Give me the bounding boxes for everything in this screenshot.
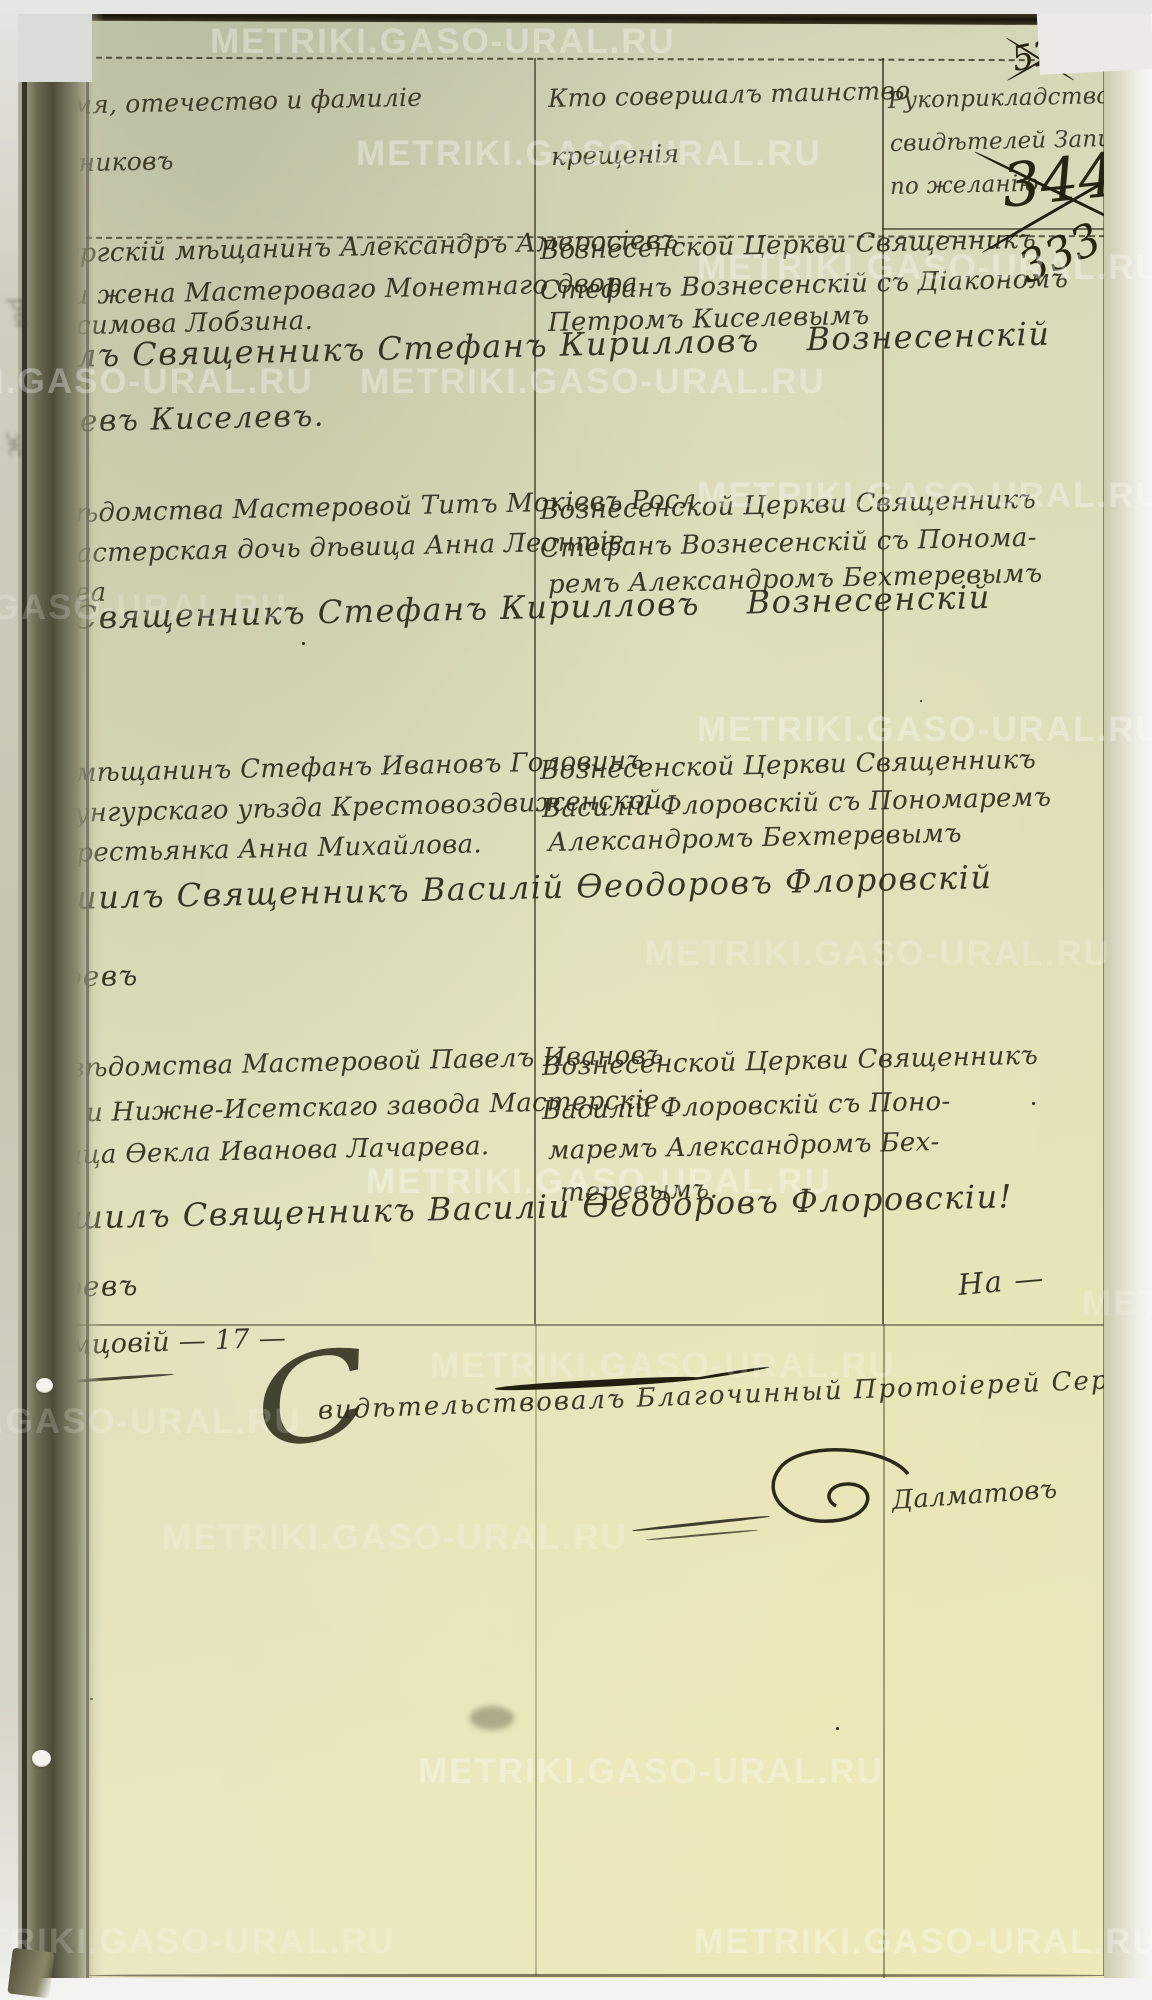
watermark-text: METRIKI.GASO-URAL.RU [0, 588, 288, 628]
watermark-text: METRIKI.GASO-URAL.RU [694, 1922, 1152, 1962]
watermark-text: METRIKI.GASO-URAL.RU [366, 1162, 832, 1202]
watermark-text: METRIKI.GASO-URAL.RU [356, 134, 822, 174]
watermark-text: METRIKI.GASO-URAL.RU [162, 1518, 628, 1558]
binding-tail [7, 1948, 54, 1999]
binding-hole [32, 1750, 51, 1767]
ink-speck [302, 642, 305, 645]
watermark-text: METRIKI.GASO-URAL.RU [430, 1346, 896, 1386]
watermark-text: METRIKI.GASO-URAL.RU [360, 362, 826, 402]
ink-speck [920, 700, 922, 702]
watermark-text: METRIKI.GASO-URAL.RU [0, 1922, 396, 1962]
watermark-text: METRIKI.GASO-URAL.RU [418, 1752, 884, 1792]
paper-right-edge [1104, 0, 1152, 2000]
ink-speck [1032, 1102, 1035, 1105]
watermark-text: METRIKI.GASO-URAL.RU [0, 362, 314, 402]
ink-speck [836, 1727, 839, 1730]
background-top-band [0, 0, 1152, 14]
watermark-text: METRIKI.GASO-URAL.RU [1082, 1284, 1152, 1324]
watermark-text: METRIKI.GASO-URAL.RU [697, 476, 1152, 516]
table-divider-1-continuation [535, 1324, 537, 1976]
header-col3-line1: Рукоприкладство [888, 83, 1111, 114]
table-divider-2-continuation [883, 1324, 885, 1978]
watermark-text: METRIKI.GASO-URAL.RU [0, 1402, 302, 1442]
margin-fragment: ж [0, 430, 28, 458]
watermark-text: METRIKI.GASO-URAL.RU [697, 710, 1152, 750]
watermark-text: METRIKI.GASO-URAL.RU [210, 22, 676, 62]
binding-hole [36, 1378, 53, 1393]
background-bottom-band [0, 1978, 1152, 2000]
watermark-text: METRIKI.GASO-URAL.RU [645, 934, 1111, 974]
paper-bottom-edge [86, 1974, 1106, 1977]
watermark-text: METRIKI.GASO-URAL.RU [697, 248, 1152, 288]
ink-smudge [470, 1706, 514, 1730]
signature-flourish-icon [762, 1440, 912, 1535]
